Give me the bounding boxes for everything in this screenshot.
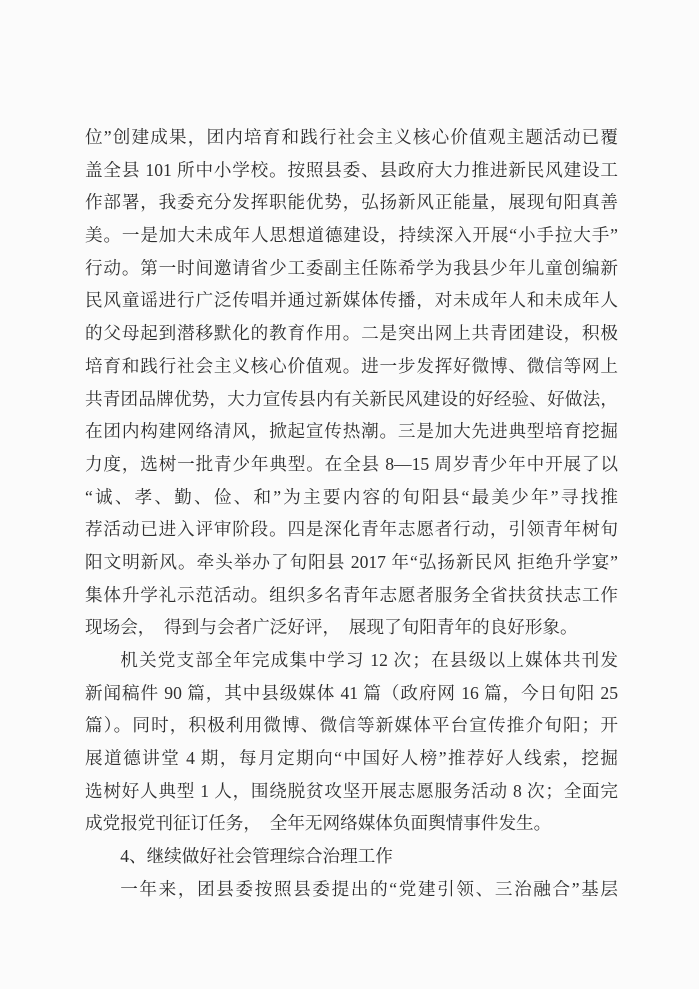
text-line: 篇）。同时，积极利用微博、微信等新媒体平台宣传推介旬阳；开 (85, 709, 618, 742)
text-line: 在团内构建网络清风，掀起宣传热潮。三是加大先进典型培育挖掘 (85, 415, 618, 448)
text-line: 机关党支部全年完成集中学习 12 次；在县级以上媒体共刊发 (85, 644, 618, 677)
text-line: 盖全县 101 所中小学校。按照县委、县政府大力推进新民风建设工 (85, 154, 618, 187)
text-line: 力度，选树一批青少年典型。在全县 8—15 周岁青少年中开展了以 (85, 448, 618, 481)
text-line: 荐活动已进入评审阶段。四是深化青年志愿者行动，引领青年树旬 (85, 513, 618, 546)
text-line: 新闻稿件 90 篇，其中县级媒体 41 篇（政府网 16 篇，今日旬阳 25 (85, 677, 618, 710)
text-line: 位”创建成果，团内培育和践行社会主义核心价值观主题活动已覆 (85, 121, 618, 154)
text-line: 集体升学礼示范活动。组织多名青年志愿者服务全省扶贫扶志工作 (85, 579, 618, 612)
text-line: 4、继续做好社会管理综合治理工作 (85, 840, 618, 873)
text-block: 位”创建成果，团内培育和践行社会主义核心价值观主题活动已覆盖全县 101 所中小… (85, 121, 618, 906)
text-line: 阳文明新风。牵头举办了旬阳县 2017 年“弘扬新民风 拒绝升学宴” (85, 546, 618, 579)
text-line: 共青团品牌优势，大力宣传县内有关新民风建设的好经验、好做法， (85, 383, 618, 416)
text-line: 一年来，团县委按照县委提出的“党建引领、三治融合”基层 (85, 873, 618, 906)
text-line: 选树好人典型 1 人，围绕脱贫攻坚开展志愿服务活动 8 次；全面完 (85, 775, 618, 808)
paragraph: 一年来，团县委按照县委提出的“党建引领、三治融合”基层 (85, 873, 618, 906)
paragraph: 机关党支部全年完成集中学习 12 次；在县级以上媒体共刊发新闻稿件 90 篇，其… (85, 644, 618, 840)
text-line: 作部署，我委充分发挥职能优势，弘扬新风正能量，展现旬阳真善 (85, 186, 618, 219)
text-line: 的父母起到潜移默化的教育作用。二是突出网上共青团建设，积极 (85, 317, 618, 350)
text-line: 培育和践行社会主义核心价值观。进一步发挥好微博、微信等网上 (85, 350, 618, 383)
text-line: 民风童谣进行广泛传唱并通过新媒体传播，对未成年人和未成年人 (85, 284, 618, 317)
text-line: 美。一是加大未成年人思想道德建设，持续深入开展“小手拉大手” (85, 219, 618, 252)
text-line: 行动。第一时间邀请省少工委副主任陈希学为我县少年儿童创编新 (85, 252, 618, 285)
text-line: 展道德讲堂 4 期，每月定期向“中国好人榜”推荐好人线索，挖掘 (85, 742, 618, 775)
text-line: 现场会， 得到与会者广泛好评， 展现了旬阳青年的良好形象。 (85, 611, 618, 644)
text-line: 成党报党刊征订任务， 全年无网络媒体负面舆情事件发生。 (85, 807, 618, 840)
paragraph: 位”创建成果，团内培育和践行社会主义核心价值观主题活动已覆盖全县 101 所中小… (85, 121, 618, 644)
section-heading: 4、继续做好社会管理综合治理工作 (85, 840, 618, 873)
document-page: 位”创建成果，团内培育和践行社会主义核心价值观主题活动已覆盖全县 101 所中小… (0, 0, 699, 989)
text-line: “诚、孝、勤、俭、和”为主要内容的旬阳县“最美少年”寻找推 (85, 481, 618, 514)
